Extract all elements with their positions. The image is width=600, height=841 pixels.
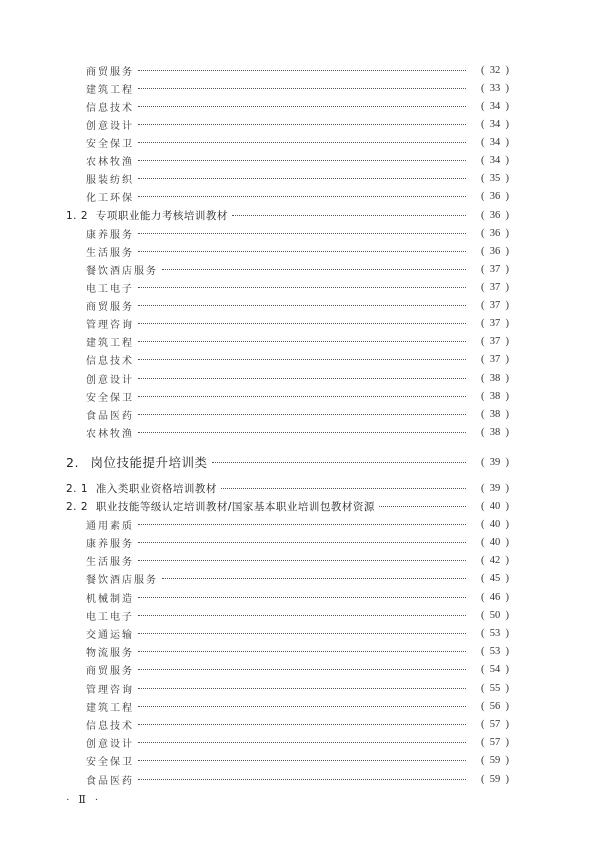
page-number: ( 55 ): [466, 683, 524, 694]
entry-title-text: 康养服务: [86, 230, 134, 241]
dot-leader: [138, 359, 466, 360]
toc-entry-title: 生活服务: [86, 553, 134, 568]
page-number: ( 37 ): [466, 336, 524, 347]
toc-entry[interactable]: 商贸服务( 54 ): [0, 660, 600, 678]
toc-entry[interactable]: 信息技术( 34 ): [0, 97, 600, 115]
entry-title-text: 餐饮酒店服务: [86, 575, 158, 586]
toc-entry[interactable]: 创意设计( 57 ): [0, 733, 600, 751]
page-number-value: 38: [490, 391, 501, 402]
page-number: ( 36 ): [466, 191, 524, 202]
entry-title-text: 商贸服务: [86, 67, 134, 78]
page-number: ( 37 ): [466, 318, 524, 329]
dot-leader: [138, 742, 466, 743]
dot-leader: [138, 432, 466, 433]
toc-entry-title: 康养服务: [86, 226, 134, 241]
dot-leader: [138, 378, 466, 379]
toc-entry-title: 交通运输: [86, 626, 134, 641]
toc-entry-title: 安全保卫: [86, 135, 134, 150]
dot-leader: [138, 233, 466, 234]
page-number: ( 34 ): [466, 137, 524, 148]
page-number-value: 40: [490, 519, 501, 530]
toc-entry[interactable]: 安全保卫( 38 ): [0, 387, 600, 405]
page-number-value: 37: [490, 264, 501, 275]
page-number: ( 36 ): [466, 246, 524, 257]
dot-leader: [221, 488, 466, 489]
toc-entry-title: 建筑工程: [86, 334, 134, 349]
dot-leader: [138, 688, 466, 689]
page-number-value: 39: [490, 457, 501, 468]
page-number: ( 59 ): [466, 774, 524, 785]
toc-entry[interactable]: 物流服务( 53 ): [0, 642, 600, 660]
toc-entry[interactable]: 建筑工程( 33 ): [0, 79, 600, 97]
page-number-value: 57: [490, 737, 501, 748]
entry-title-text: 电工电子: [86, 284, 134, 295]
entry-title-text: 交通运输: [86, 630, 134, 641]
page-number: ( 36 ): [466, 210, 524, 221]
toc-entry[interactable]: 安全保卫( 59 ): [0, 751, 600, 769]
toc-entry-title: 商贸服务: [86, 298, 134, 313]
toc-entry[interactable]: 康养服务( 40 ): [0, 533, 600, 551]
toc-section-entry[interactable]: 2. 岗位技能提升培训类( 39 ): [0, 453, 600, 471]
entry-title-text: 生活服务: [86, 248, 134, 259]
toc-entry[interactable]: 管理咨询( 37 ): [0, 314, 600, 332]
toc-entry[interactable]: 商贸服务( 32 ): [0, 61, 600, 79]
dot-leader: [232, 215, 466, 216]
page-number: ( 46 ): [466, 592, 524, 603]
entry-title-text: 安全保卫: [86, 757, 134, 768]
page-number-value: 50: [490, 610, 501, 621]
page-number: ( 40 ): [466, 501, 524, 512]
toc-entry[interactable]: 机械制造( 46 ): [0, 588, 600, 606]
entry-title-text: 机械制造: [86, 594, 134, 605]
toc-subsection-entry[interactable]: 2. 2 职业技能等级认定培训教材/国家基本职业培训包教材资源( 40 ): [0, 497, 600, 515]
toc-entry-title: 化工环保: [86, 189, 134, 204]
page-number: ( 45 ): [466, 573, 524, 584]
page-number-value: 53: [490, 628, 501, 639]
toc-entry-title: 食品医药: [86, 772, 134, 787]
toc-entry-title: 电工电子: [86, 608, 134, 623]
entry-title-text: 信息技术: [86, 356, 134, 367]
toc-entry[interactable]: 电工电子( 37 ): [0, 278, 600, 296]
page-number: ( 38 ): [466, 427, 524, 438]
entry-title-text: 岗位技能提升培训类: [90, 455, 207, 470]
dot-leader: [138, 615, 466, 616]
toc-entry-title: 信息技术: [86, 717, 134, 732]
page-number-value: 34: [490, 101, 501, 112]
page-number-value: 54: [490, 664, 501, 675]
entry-title-text: 安全保卫: [86, 139, 134, 150]
dot-leader: [138, 70, 466, 71]
toc-entry[interactable]: 化工环保( 36 ): [0, 187, 600, 205]
toc-entry-title: 1. 2 专项职业能力考核培训教材: [66, 208, 228, 223]
toc-entry[interactable]: 农林牧渔( 38 ): [0, 423, 600, 441]
toc-entry[interactable]: 食品医药( 38 ): [0, 405, 600, 423]
entry-title-text: 食品医药: [86, 776, 134, 787]
page-number-value: 56: [490, 701, 501, 712]
toc-entry-title: 创意设计: [86, 371, 134, 386]
page-number: ( 53 ): [466, 646, 524, 657]
toc-entry-title: 餐饮酒店服务: [86, 571, 158, 586]
page-number: ( 54 ): [466, 664, 524, 675]
page-number-value: 38: [490, 373, 501, 384]
page-number-value: 37: [490, 282, 501, 293]
entry-title-text: 创意设计: [86, 121, 134, 132]
dot-leader: [138, 88, 466, 89]
toc-page: 商贸服务( 32 )建筑工程( 33 )信息技术( 34 )创意设计( 34 )…: [0, 0, 600, 841]
entry-title-text: 创意设计: [86, 739, 134, 750]
toc-subsection-entry[interactable]: 2. 1 准入类职业资格培训教材( 39 ): [0, 479, 600, 497]
entry-title-text: 生活服务: [86, 557, 134, 568]
toc-entry-title: 电工电子: [86, 280, 134, 295]
dot-leader: [162, 578, 466, 579]
dot-leader: [138, 251, 466, 252]
page-number-value: 46: [490, 592, 501, 603]
toc-entry[interactable]: 安全保卫( 34 ): [0, 133, 600, 151]
page-folio: · Ⅱ ·: [66, 793, 101, 806]
page-number: ( 50 ): [466, 610, 524, 621]
dot-leader: [138, 323, 466, 324]
page-number-value: 38: [490, 409, 501, 420]
entry-title-text: 商贸服务: [86, 302, 134, 313]
page-number: ( 57 ): [466, 719, 524, 730]
dot-leader: [138, 124, 466, 125]
page-number: ( 37 ): [466, 282, 524, 293]
page-number-value: 33: [490, 83, 501, 94]
dot-leader: [138, 524, 466, 525]
page-number-value: 57: [490, 719, 501, 730]
toc-entry[interactable]: 生活服务( 42 ): [0, 551, 600, 569]
page-number: ( 39 ): [466, 483, 524, 494]
toc-entry[interactable]: 创意设计( 34 ): [0, 115, 600, 133]
section-number: 2. 2: [66, 501, 92, 513]
page-number-value: 35: [490, 173, 501, 184]
dot-leader: [138, 542, 466, 543]
page-number: ( 34 ): [466, 101, 524, 112]
entry-title-text: 食品医药: [86, 411, 134, 422]
page-number: ( 53 ): [466, 628, 524, 639]
entry-title-text: 化工环保: [86, 193, 134, 204]
dot-leader: [138, 414, 466, 415]
dot-leader: [212, 462, 466, 463]
entry-title-text: 康养服务: [86, 539, 134, 550]
page-number-value: 42: [490, 555, 501, 566]
dot-leader: [138, 160, 466, 161]
toc-entry-title: 创意设计: [86, 735, 134, 750]
page-number-value: 38: [490, 427, 501, 438]
dot-leader: [138, 560, 466, 561]
entry-title-text: 建筑工程: [86, 85, 134, 96]
page-number-value: 36: [490, 246, 501, 257]
toc-entry-title: 商贸服务: [86, 63, 134, 78]
dot-leader: [138, 651, 466, 652]
page-number: ( 39 ): [466, 457, 524, 468]
entry-title-text: 专项职业能力考核培训教材: [96, 210, 228, 222]
page-number-value: 32: [490, 65, 501, 76]
page-number: ( 35 ): [466, 173, 524, 184]
toc-entry-title: 安全保卫: [86, 753, 134, 768]
page-number: ( 57 ): [466, 737, 524, 748]
page-number-value: 37: [490, 354, 501, 365]
page-number-value: 40: [490, 501, 501, 512]
dot-leader: [138, 779, 466, 780]
section-number: 2. 1: [66, 483, 92, 495]
toc-entry[interactable]: 农林牧渔( 34 ): [0, 151, 600, 169]
dot-leader: [138, 724, 466, 725]
page-number-value: 39: [490, 483, 501, 494]
dot-leader: [138, 706, 466, 707]
section-number: 1. 2: [66, 210, 92, 222]
toc-entry-title: 农林牧渔: [86, 425, 134, 440]
page-number: ( 32 ): [466, 65, 524, 76]
page-number-value: 59: [490, 774, 501, 785]
entry-title-text: 创意设计: [86, 375, 134, 386]
toc-entry[interactable]: 康养服务( 36 ): [0, 224, 600, 242]
dot-leader: [138, 106, 466, 107]
toc-entry-title: 2. 1 准入类职业资格培训教材: [66, 481, 217, 496]
toc-entry[interactable]: 信息技术( 57 ): [0, 715, 600, 733]
dot-leader: [138, 633, 466, 634]
section-number: 2.: [66, 455, 86, 470]
page-number: ( 38 ): [466, 409, 524, 420]
toc-entry-title: 餐饮酒店服务: [86, 262, 158, 277]
page-number-value: 34: [490, 155, 501, 166]
toc-entry[interactable]: 电工电子( 50 ): [0, 606, 600, 624]
page-number: ( 36 ): [466, 228, 524, 239]
page-number-value: 37: [490, 318, 501, 329]
entry-title-text: 商贸服务: [86, 666, 134, 677]
entry-title-text: 通用素质: [86, 521, 134, 532]
page-number-value: 37: [490, 300, 501, 311]
page-number: ( 40 ): [466, 537, 524, 548]
toc-entry-title: 信息技术: [86, 352, 134, 367]
page-number-value: 53: [490, 646, 501, 657]
page-number: ( 38 ): [466, 391, 524, 402]
dot-leader: [138, 597, 466, 598]
dot-leader: [379, 506, 466, 507]
page-number: ( 40 ): [466, 519, 524, 530]
entry-title-text: 农林牧渔: [86, 429, 134, 440]
dot-leader: [138, 287, 466, 288]
dot-leader: [138, 760, 466, 761]
dot-leader: [138, 305, 466, 306]
toc-entry[interactable]: 管理咨询( 55 ): [0, 679, 600, 697]
dot-leader: [138, 669, 466, 670]
toc-entry-title: 物流服务: [86, 644, 134, 659]
toc-subsection-entry[interactable]: 1. 2 专项职业能力考核培训教材( 36 ): [0, 206, 600, 224]
entry-title-text: 物流服务: [86, 648, 134, 659]
entry-title-text: 职业技能等级认定培训教材/国家基本职业培训包教材资源: [96, 501, 375, 513]
toc-entry-title: 建筑工程: [86, 699, 134, 714]
page-number-value: 36: [490, 228, 501, 239]
toc-entry-title: 农林牧渔: [86, 153, 134, 168]
toc-entry-title: 康养服务: [86, 535, 134, 550]
dot-leader: [162, 269, 466, 270]
dot-leader: [138, 341, 466, 342]
page-number-value: 34: [490, 119, 501, 130]
toc-entry-title: 建筑工程: [86, 81, 134, 96]
toc-entry[interactable]: 商贸服务( 37 ): [0, 296, 600, 314]
page-number: ( 56 ): [466, 701, 524, 712]
page-number: ( 37 ): [466, 264, 524, 275]
toc-entry-title: 机械制造: [86, 590, 134, 605]
entry-title-text: 准入类职业资格培训教材: [96, 483, 217, 495]
dot-leader: [138, 196, 466, 197]
page-number: ( 59 ): [466, 755, 524, 766]
toc-entry[interactable]: 建筑工程( 56 ): [0, 697, 600, 715]
page-number-value: 36: [490, 210, 501, 221]
toc-entry-title: 服装纺织: [86, 171, 134, 186]
toc-entry[interactable]: 建筑工程( 37 ): [0, 332, 600, 350]
page-number: ( 37 ): [466, 300, 524, 311]
toc-entry-title: 管理咨询: [86, 681, 134, 696]
toc-entry[interactable]: 生活服务( 36 ): [0, 242, 600, 260]
dot-leader: [138, 396, 466, 397]
toc-entry-title: 安全保卫: [86, 389, 134, 404]
entry-title-text: 餐饮酒店服务: [86, 266, 158, 277]
entry-title-text: 建筑工程: [86, 338, 134, 349]
page-number: ( 37 ): [466, 354, 524, 365]
page-number-value: 45: [490, 573, 501, 584]
page-number-value: 37: [490, 336, 501, 347]
toc-entry-title: 2. 2 职业技能等级认定培训教材/国家基本职业培训包教材资源: [66, 499, 375, 514]
entry-title-text: 服装纺织: [86, 175, 134, 186]
toc-entry-title: 信息技术: [86, 99, 134, 114]
toc-entry[interactable]: 通用素质( 40 ): [0, 515, 600, 533]
toc-entry[interactable]: 餐饮酒店服务( 37 ): [0, 260, 600, 278]
entry-title-text: 信息技术: [86, 721, 134, 732]
page-number: ( 38 ): [466, 373, 524, 384]
entry-title-text: 电工电子: [86, 612, 134, 623]
entry-title-text: 管理咨询: [86, 685, 134, 696]
page-number-value: 34: [490, 137, 501, 148]
page-number: ( 42 ): [466, 555, 524, 566]
page-number: ( 34 ): [466, 155, 524, 166]
toc-entry[interactable]: 餐饮酒店服务( 45 ): [0, 569, 600, 587]
toc-entry-title: 创意设计: [86, 117, 134, 132]
toc-entry-title: 通用素质: [86, 517, 134, 532]
dot-leader: [138, 142, 466, 143]
page-number-value: 36: [490, 191, 501, 202]
toc-entry-title: 商贸服务: [86, 662, 134, 677]
toc-entry[interactable]: 交通运输( 53 ): [0, 624, 600, 642]
entry-title-text: 管理咨询: [86, 320, 134, 331]
entry-title-text: 建筑工程: [86, 703, 134, 714]
toc-entry[interactable]: 食品医药( 59 ): [0, 770, 600, 788]
page-number-value: 40: [490, 537, 501, 548]
toc-entry-title: 管理咨询: [86, 316, 134, 331]
entry-title-text: 安全保卫: [86, 393, 134, 404]
page-number-value: 55: [490, 683, 501, 694]
dot-leader: [138, 178, 466, 179]
toc-entry-title: 2. 岗位技能提升培训类: [66, 453, 208, 471]
page-number-value: 59: [490, 755, 501, 766]
toc-entry-title: 食品医药: [86, 407, 134, 422]
toc-entry-title: 生活服务: [86, 244, 134, 259]
toc-entry[interactable]: 创意设计( 38 ): [0, 369, 600, 387]
entry-title-text: 信息技术: [86, 103, 134, 114]
toc-entry[interactable]: 信息技术( 37 ): [0, 350, 600, 368]
page-number: ( 33 ): [466, 83, 524, 94]
page-number: ( 34 ): [466, 119, 524, 130]
entry-title-text: 农林牧渔: [86, 157, 134, 168]
toc-entry[interactable]: 服装纺织( 35 ): [0, 169, 600, 187]
